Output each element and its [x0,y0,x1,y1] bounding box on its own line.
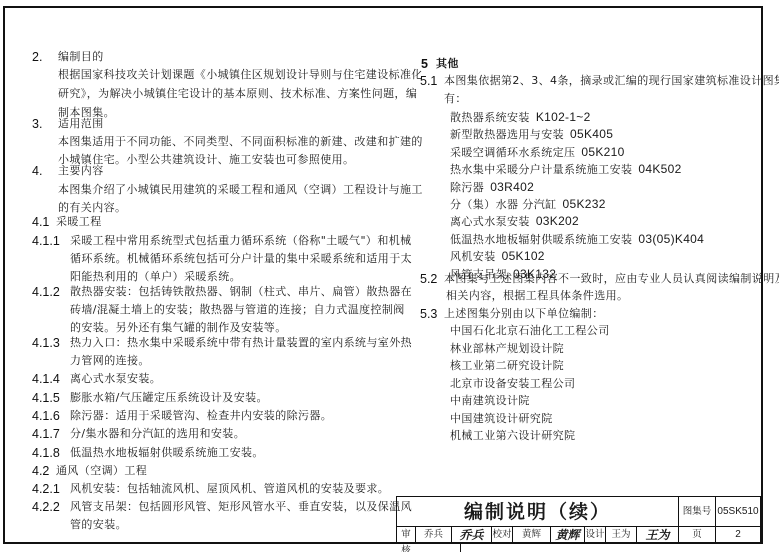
atlas-reference-item: 新型散热器选用与安装05K405 [450,127,613,142]
section-number: 4.2.2 [32,500,60,514]
atlas-name: 低温热水地板辐射供暖系统施工安装 [450,233,632,246]
page-number: 2 [716,527,760,543]
paragraph-line: 的有关内容。 [58,201,126,215]
atlas-name: 除污器 [450,181,484,194]
atlas-reference-item: 分（集）水器 分汽缸05K232 [450,197,606,212]
atlas-code: K102-1~2 [536,110,591,124]
section-number: 5.2 [420,272,437,286]
reviewer-signature: 乔兵 [452,527,492,543]
page-label: 页 [679,527,716,543]
atlas-reference-item: 低温热水地板辐射供暖系统施工安装03(05)K404 [450,232,704,247]
paragraph-line: 管的安装。 [70,518,127,532]
section-heading-text: 离心式水泵安装。 [70,372,161,386]
section-heading-text: 编制目的 [58,50,104,64]
designer-name: 王为 [606,527,637,543]
section-number: 4. [32,164,42,178]
paragraph-line: 研究》，为解决小城镇住宅设计的基本原则、技术标准、方案性问题，编 [58,87,417,101]
section-heading-text: 其他 [436,57,459,71]
section-heading-text: 低温热水地板辐射供暖系统施工安装。 [70,446,264,460]
atlas-code: 03K202 [536,214,579,228]
paragraph-line: 上述图集分别由以下单位编制： [444,307,604,321]
section-number: 4.1.3 [32,336,60,350]
section-heading-text: 分/集水器和分汽缸的选用和安装。 [70,427,245,441]
section-number: 4.1.7 [32,427,60,441]
atlas-code: 03R402 [490,180,534,194]
compiling-unit: 中国石化北京石油化工工程公司 [450,324,610,338]
compiling-unit: 北京市设备安装工程公司 [450,377,575,391]
designer-signature: 王为 [637,527,679,543]
compiling-unit: 林业部林产规划设计院 [450,342,564,356]
paragraph-line: 本图集介绍了小城镇民用建筑的采暖工程和通风（空调）工程设计与施工 [58,183,423,197]
section-heading-text: 适用范围 [58,117,104,131]
compiling-unit: 中国建筑设计研究院 [450,412,553,426]
atlas-reference-item: 离心式水泵安装03K202 [450,214,579,229]
atlas-number: 05SK510 [716,497,760,527]
atlas-name: 离心式水泵安装 [450,215,530,228]
atlas-code: 05K210 [581,145,624,159]
section-heading-text: 膨胀水箱/气压罐定压系统设计及安装。 [70,391,268,405]
section-heading-text: 采暖工程中常用系统型式包括重力循环系统（俗称"土暖气"）和机械 [70,234,412,248]
section-number: 2. [32,50,42,64]
checker-signature: 黄辉 [551,527,585,543]
section-number: 4.1.6 [32,409,60,423]
section-heading-text: 采暖工程 [56,215,102,229]
check-label: 校对 [492,527,513,543]
design-label: 设计 [585,527,606,543]
atlas-name: 散热器系统安装 [450,111,530,124]
review-label: 审核 [397,527,416,543]
section-number: 4.1.2 [32,285,60,299]
paragraph-line: 的安装。另外还有集气罐的制作及安装等。 [70,321,287,335]
atlas-code: 05K405 [570,127,613,141]
section-number: 5 [421,57,428,71]
section-heading-text: 除污器：适用于采暖管沟、检查井内安装的除污器。 [70,409,332,423]
signature-row: 审核 乔兵 乔兵 校对 黄辉 黄辉 设计 王为 王为 页 2 [397,527,759,543]
atlas-code: 04K502 [638,162,681,176]
paragraph-line: 力管网的连接。 [70,354,150,368]
paragraph-line: 根据国家科技攻关计划课题《小城镇住区规划设计导则与住宅建设标准化 [58,68,423,82]
paragraph-line: 相关内容，根据工程具体条件选用。 [446,289,628,303]
paragraph-line: 循环系统。机械循环系统包括可分户计量的集中采暖系统和适用于太 [70,252,412,266]
title-block: 编制说明（续） 图集号 05SK510 审核 乔兵 乔兵 校对 黄辉 黄辉 设计… [396,496,761,544]
reviewer-name: 乔兵 [416,527,452,543]
atlas-name: 风机安装 [450,250,496,263]
section-number: 5.1 [420,74,437,88]
section-heading-text: 通风（空调）工程 [56,464,147,478]
section-heading-text: 热力入口：热水集中采暖系统中带有热计量装置的室内系统与室外热 [70,336,412,350]
paragraph-line: 有： [444,92,467,106]
atlas-name: 采暖空调循环水系统定压 [450,146,575,159]
section-heading-text: 主要内容 [58,164,104,178]
compiling-unit: 机械工业第六设计研究院 [450,429,575,443]
section-number: 4.1.1 [32,234,60,248]
atlas-reference-item: 风机安装05K102 [450,249,545,264]
atlas-code: 05K232 [563,197,606,211]
atlas-name: 分（集）水器 分汽缸 [450,198,557,211]
paragraph-line: 本图集依据第2、3、4条，摘录或汇编的现行国家建筑标准设计图集 [444,74,779,88]
section-number: 4.1.8 [32,446,60,460]
section-number: 3. [32,117,42,131]
section-number: 4.1.5 [32,391,60,405]
section-number: 4.1 [32,215,49,229]
atlas-number-label: 图集号 [679,497,716,527]
compiling-unit: 中南建筑设计院 [450,394,530,408]
atlas-reference-item: 采暖空调循环水系统定压05K210 [450,145,625,160]
section-number: 4.1.4 [32,372,60,386]
paragraph-line: 本图集适用于不同功能、不同类型、不同面积标准的新建、改建和扩建的 [58,135,423,149]
atlas-name: 热水集中采暖分户计量系统施工安装 [450,163,632,176]
atlas-code: 03(05)K404 [638,232,704,246]
section-heading-text: 风机安装：包括轴流风机、屋顶风机、管道风机的安装及要求。 [70,482,389,496]
drawing-title: 编制说明（续） [397,497,679,527]
section-heading-text: 散热器安装：包括铸铁散热器、钢制（柱式、串片、扁管）散热器在 [70,285,412,299]
compiling-unit: 核工业第二研究设计院 [450,359,564,373]
atlas-reference-item: 除污器03R402 [450,180,534,195]
section-number: 5.3 [420,307,437,321]
atlas-code: 05K102 [502,249,545,263]
section-number: 4.2.1 [32,482,60,496]
paragraph-line: 阳能热利用的（单户）采暖系统。 [70,270,241,284]
atlas-reference-item: 热水集中采暖分户计量系统施工安装04K502 [450,162,682,177]
paragraph-line: 砖墙/混凝土墙上的安装；散热器与管道的连接；自力式温度控制阀 [70,303,405,317]
atlas-name: 新型散热器选用与安装 [450,128,564,141]
checker-name: 黄辉 [513,527,551,543]
trim-tick [460,544,461,552]
section-number: 4.2 [32,464,49,478]
atlas-reference-item: 散热器系统安装K102-1~2 [450,110,591,125]
paragraph-line: 本图集与上述图集内容不一致时，应由专业人员认真阅读编制说明及 [444,272,779,286]
section-heading-text: 风管支吊架：包括圆形风管、矩形风管水平、垂直安装，以及保温风 [70,500,412,514]
